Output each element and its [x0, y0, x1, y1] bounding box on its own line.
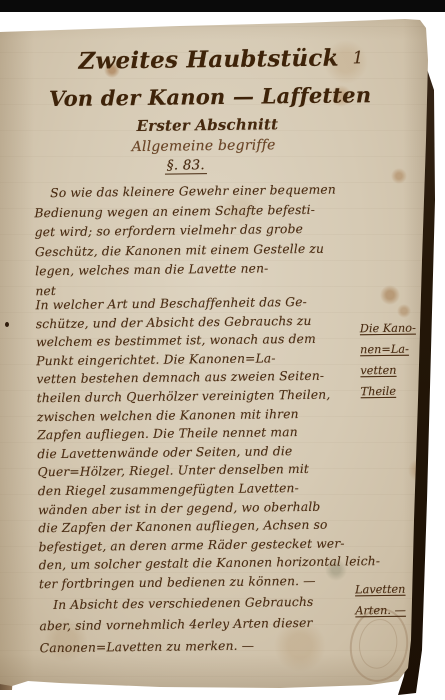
margin-note-line: Lavetten — [355, 583, 406, 605]
paragraph-3: In Absicht des verschiedenen Gebrauchs a… — [39, 595, 314, 663]
manuscript-line: Canonen=Lavetten zu merken. — — [40, 638, 314, 663]
margin-note-line: Arten. — — [355, 604, 406, 626]
chapter-title: Zweites Haubtstück — [78, 45, 334, 75]
manuscript-photo: Zweites Haubtstück 1 Von der Kanon — Laf… — [0, 0, 445, 700]
handwriting-layer: Zweites Haubtstück 1 Von der Kanon — Laf… — [0, 0, 445, 700]
margin-note-line: Die Kano- — [360, 322, 416, 344]
paragraph-mark: §. 83. — [126, 157, 246, 174]
margin-note-lavetten-theile: Die Kano- nen=La- vetten Theile — [360, 322, 417, 407]
margin-note-line: Theile — [361, 385, 417, 407]
subsection-title: Allgemeine begriffe — [94, 137, 314, 156]
manuscript-line: ter fortbringen und bedienen zu können. … — [39, 573, 381, 596]
margin-note-line: vetten — [360, 364, 416, 386]
section-title: Erster Abschnitt — [107, 115, 307, 135]
margin-note-lavetten-arten: Lavetten Arten. — — [355, 583, 406, 626]
margin-note-line: nen=La- — [360, 343, 416, 365]
page-number: 1 — [352, 48, 363, 68]
manuscript-page: Zweites Haubtstück 1 Von der Kanon — Laf… — [0, 0, 445, 700]
paragraph-mark-text: §. 83. — [165, 157, 207, 175]
paragraph-1: So wie das kleinere Gewehr einer bequeme… — [34, 183, 337, 304]
paragraph-2: In welcher Art und Beschaffenheit das Ge… — [35, 294, 380, 596]
subject-title: Von der Kanon — Laffetten — [49, 82, 365, 111]
photo-top-black-bar — [0, 0, 445, 12]
